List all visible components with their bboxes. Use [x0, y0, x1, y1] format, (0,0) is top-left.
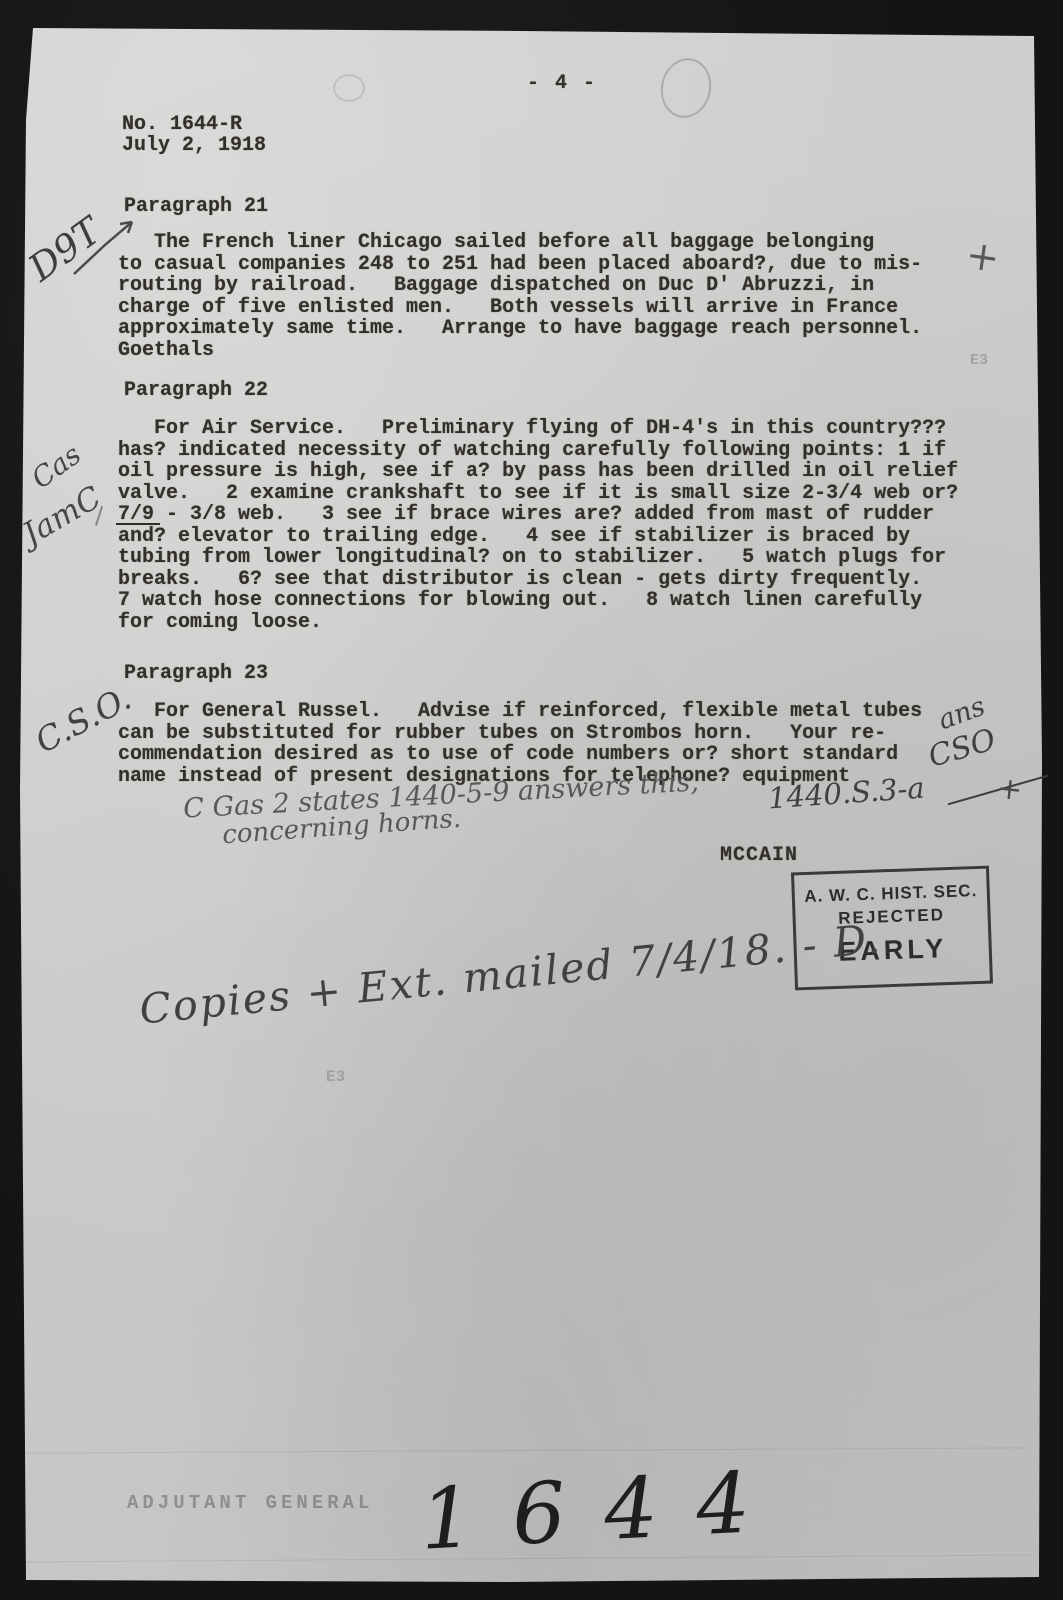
- paragraph-line: to casual companies 248 to 251 had been …: [118, 254, 922, 276]
- paragraph-line: For General Russel. Advise if reinforced…: [118, 701, 922, 723]
- paragraph-line: tubing from lower longitudinal? on to st…: [118, 547, 946, 569]
- doc-number: No. 1644-R: [122, 114, 242, 136]
- paragraph-line: routing by railroad. Baggage dispatched …: [118, 275, 874, 297]
- stamp-line-1: A. W. C. HIST. SEC.: [795, 881, 988, 908]
- plus-mark-file-ref: +: [995, 771, 1024, 808]
- typed-underline: [116, 523, 160, 525]
- handwritten-file-number: 1 6 4 4: [418, 1453, 759, 1568]
- faint-mark-right: E3: [970, 352, 988, 369]
- paragraph-line: approximately same time. Arrange to have…: [118, 318, 922, 340]
- paragraph-line: oil pressure is high, see if a? by pass …: [118, 461, 958, 483]
- paragraph-line: charge of five enlisted men. Both vessel…: [118, 297, 898, 319]
- plus-mark-p21: +: [963, 232, 1003, 282]
- signature: MCCAIN: [720, 845, 798, 867]
- paragraph-line: 7 watch hose connections for blowing out…: [118, 590, 922, 612]
- paragraph-line: and? elevator to trailing edge. 4 see if…: [118, 526, 910, 548]
- paragraph-line: Goethals: [118, 340, 214, 362]
- smudge-mark-icon: [333, 74, 365, 102]
- paragraph-line: breaks. 6? see that distributor is clean…: [118, 569, 922, 591]
- adjutant-general-stamp: ADJUTANT GENERAL: [127, 1492, 373, 1514]
- paragraph-line: has? indicated necessity of watching car…: [118, 440, 946, 462]
- paragraph-line: 7/9 - 3/8 web. 3 see if brace wires are?…: [118, 504, 934, 526]
- paragraph-line: can be substituted for rubber tubes on S…: [118, 723, 886, 745]
- page-number: - 4 -: [527, 73, 597, 95]
- doc-date: July 2, 1918: [122, 135, 266, 157]
- paragraph-21-heading: Paragraph 21: [124, 196, 268, 218]
- paragraph-line: For Air Service. Preliminary flying of D…: [118, 418, 946, 440]
- faint-mark-center: E3: [326, 1068, 345, 1086]
- paragraph-23-heading: Paragraph 23: [124, 663, 268, 685]
- paragraph-line: valve. 2 examine crankshaft to see if it…: [118, 483, 958, 505]
- paragraph-line: for coming loose.: [118, 612, 322, 634]
- paragraph-line: commendation desired as to use of code n…: [118, 744, 898, 766]
- paragraph-line: The French liner Chicago sailed before a…: [118, 232, 874, 254]
- margin-arrow-icon: [68, 210, 142, 284]
- paragraph-22-heading: Paragraph 22: [124, 380, 268, 402]
